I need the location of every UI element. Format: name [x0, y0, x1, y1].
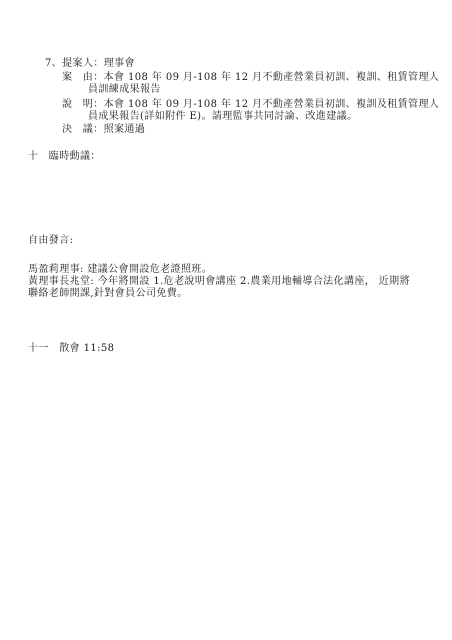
- resolution-label: 決 議：: [62, 124, 104, 135]
- meeting-minutes-page: 7、提案人：理事會 案 由：本會 108 年 09 月-108 年 12 月不動…: [0, 0, 452, 640]
- proposal-7-resolution: 決 議：照案通過: [62, 124, 145, 135]
- free-speech-remark-2-continuation: 聯絡老師開課,針對會員公司免費。: [28, 288, 188, 299]
- free-speech-heading: 自由發言:: [28, 235, 73, 246]
- explanation-text-line1: 本會 108 年 09 月-108 年 12 月不動產營業員初訓、複訓及租賃管理…: [104, 99, 440, 110]
- proposal-7-heading: 7、提案人：理事會: [45, 58, 135, 69]
- explanation-label: 說 明：: [62, 99, 104, 110]
- adjournment-line: 十一 散會 11:58: [28, 343, 114, 354]
- proposal-7-explanation-line1: 說 明：本會 108 年 09 月-108 年 12 月不動產營業員初訓、複訓及…: [62, 99, 439, 110]
- free-speech-remark-2: 黃理事長兆堂: 今年將開設 1.危老說明會講座 2.農業用地輔導合法化講座， 近…: [28, 276, 410, 287]
- case-text-line1: 本會 108 年 09 月-108 年 12 月不動產營業員初訓、複訓、租賃管理…: [104, 72, 440, 83]
- proposal-7-case-line1: 案 由：本會 108 年 09 月-108 年 12 月不動產營業員初訓、複訓、…: [62, 72, 439, 83]
- resolution-text: 照案通過: [104, 124, 146, 135]
- proposal-7-case-line2: 員訓練成果報告: [88, 84, 161, 95]
- case-label: 案 由：: [62, 72, 104, 83]
- proposal-7-explanation-line2: 員成果報告(詳如附件 E)。請理監事共同討論、改進建議。: [88, 111, 357, 122]
- extempore-motions-heading: 十 臨時動議：: [28, 151, 101, 162]
- free-speech-remark-1: 馬盈莉理事: 建議公會開設危老證照班。: [28, 264, 212, 275]
